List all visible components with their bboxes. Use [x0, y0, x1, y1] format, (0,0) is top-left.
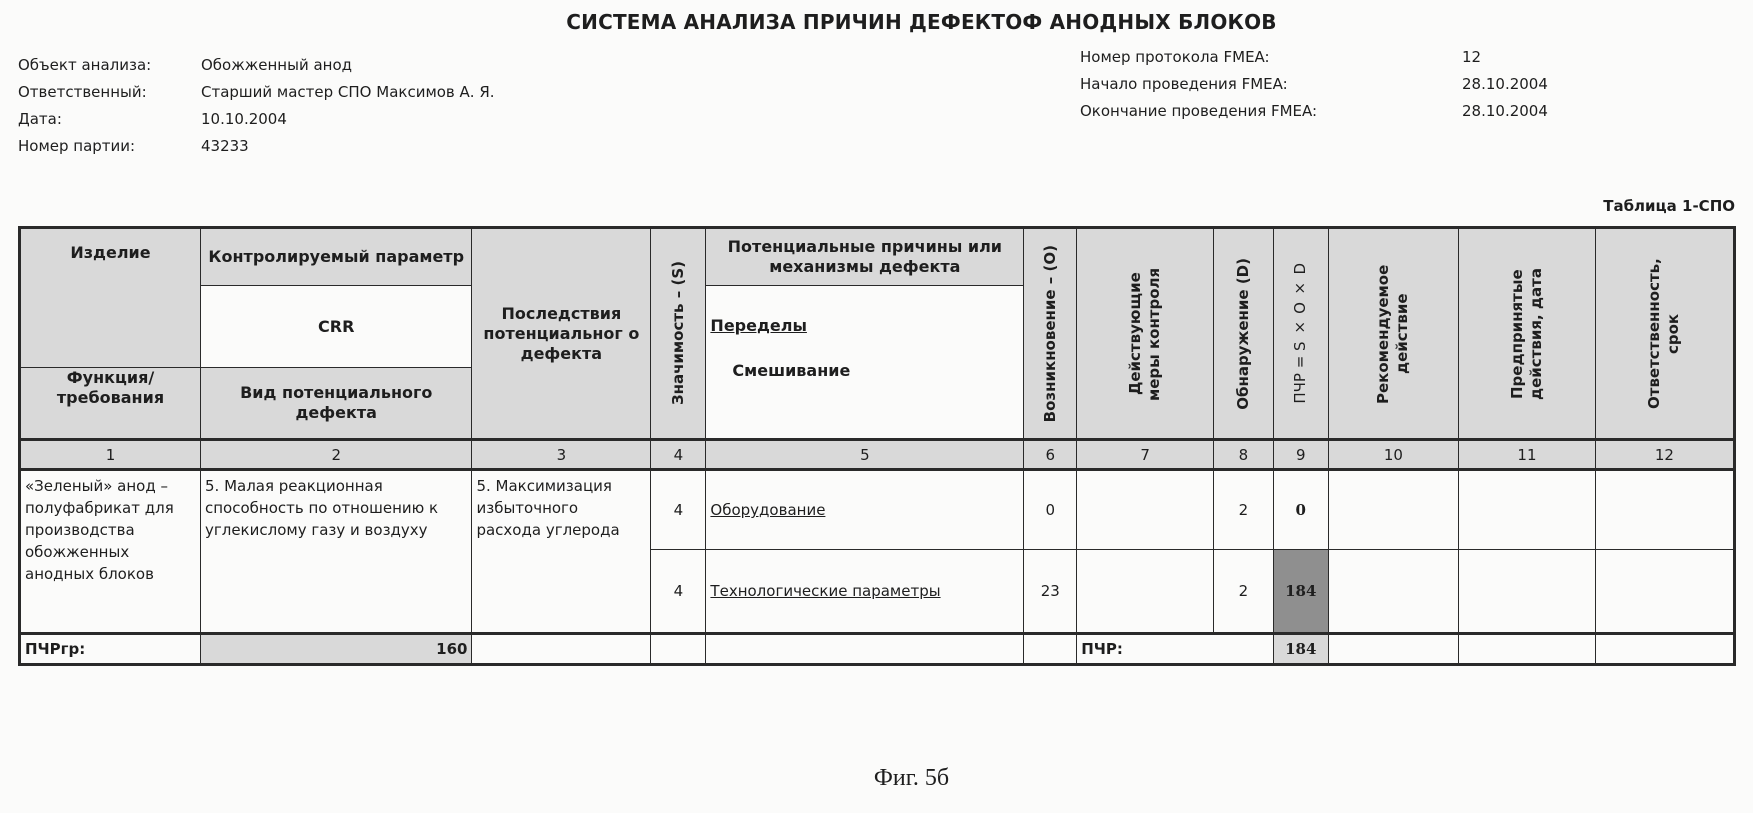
header-occurrence-text: Возникновение – (O): [1041, 245, 1060, 422]
fmea-table: Изделие Контролируемый параметр Последст…: [18, 226, 1736, 666]
meta-row-responsible: Ответственный: Старший мастер СПО Максим…: [18, 79, 495, 106]
meta-label: Ответственный:: [18, 79, 201, 106]
header-taken: Предпринятые действия, дата: [1459, 228, 1596, 440]
empty-cell: [651, 634, 706, 665]
header-causes: Потенциальные причины или механизмы дефе…: [706, 228, 1024, 286]
column-number: 1: [20, 440, 201, 470]
meta-value: 28.10.2004: [1462, 71, 1548, 98]
column-number: 3: [472, 440, 651, 470]
meta-label: Номер партии:: [18, 133, 201, 160]
rpn-cell: 0: [1273, 470, 1328, 550]
header-controls-text: Действующие меры контроля: [1126, 249, 1164, 419]
header-occurrence: Возникновение – (O): [1024, 228, 1077, 440]
header-product: Изделие: [20, 228, 201, 368]
header-responsible: Ответственность, срок: [1595, 228, 1734, 440]
column-number: 2: [200, 440, 471, 470]
stage-value: Смешивание: [710, 361, 1019, 380]
header-detection-text: Обнаружение (D): [1234, 258, 1253, 410]
empty-cell: [706, 634, 1024, 665]
header-consequences: Последствия потенциальног о дефекта: [472, 228, 651, 440]
column-number: 9: [1273, 440, 1328, 470]
cause-cell: Оборудование: [706, 470, 1024, 550]
stage-label: Переделы: [710, 316, 1019, 335]
document-title: СИСТЕМА АНАЛИЗА ПРИЧИН ДЕФЕКТОФ АНОДНЫХ …: [0, 10, 1753, 34]
cause-link[interactable]: Оборудование: [710, 501, 825, 519]
table-caption: Таблица 1-СПО: [1603, 197, 1735, 215]
recommended-cell: [1328, 470, 1458, 550]
column-number: 12: [1595, 440, 1734, 470]
consequence-cell: 5. Максимизация избыточного расхода угле…: [472, 470, 651, 634]
fmea-info: Номер протокола FMEA: 12 Начало проведен…: [1080, 44, 1548, 125]
defect-cell: 5. Малая реакционная способность по отно…: [200, 470, 471, 634]
rpn-total-value: 184: [1273, 634, 1328, 665]
header-detection: Обнаружение (D): [1214, 228, 1274, 440]
meta-row-date: Дата: 10.10.2004: [18, 106, 495, 133]
meta-row-batch: Номер партии: 43233: [18, 133, 495, 160]
meta-value: 10.10.2004: [201, 106, 287, 133]
occurrence-cell: 0: [1024, 470, 1077, 550]
meta-label: Дата:: [18, 106, 201, 133]
empty-cell: [1024, 634, 1077, 665]
group-rpn-label: ПЧРгр:: [20, 634, 201, 665]
occurrence-cell: 23: [1024, 550, 1077, 634]
header-recommended: Рекомендуемое действие: [1328, 228, 1458, 440]
product-cell: «Зеленый» анод – полуфабрикат для произв…: [20, 470, 201, 634]
column-number: 10: [1328, 440, 1458, 470]
severity-cell: 4: [651, 470, 706, 550]
rpn-total-label: ПЧР:: [1077, 634, 1273, 665]
responsible-cell: [1595, 470, 1734, 550]
controls-cell: [1077, 470, 1214, 550]
column-number-row: 1 2 3 4 5 6 7 8 9 10 11 12: [20, 440, 1735, 470]
cause-link[interactable]: Технологические параметры: [710, 582, 940, 600]
header-param-value: CRR: [200, 286, 471, 368]
controls-cell: [1077, 550, 1214, 634]
header-taken-text: Предпринятые действия, дата: [1508, 254, 1546, 414]
header-controls: Действующие меры контроля: [1077, 228, 1214, 440]
meta-row-start: Начало проведения FMEA: 28.10.2004: [1080, 71, 1548, 98]
meta-label: Окончание проведения FMEA:: [1080, 98, 1462, 125]
header-controlled-param: Контролируемый параметр: [200, 228, 471, 286]
figure-caption: Фиг. 5б: [0, 765, 1753, 792]
meta-value: 12: [1462, 44, 1481, 71]
severity-cell: 4: [651, 550, 706, 634]
header-severity: Значимость – (S): [651, 228, 706, 440]
header-recommended-text: Рекомендуемое действие: [1374, 254, 1412, 414]
empty-cell: [1328, 634, 1458, 665]
meta-label: Номер протокола FMEA:: [1080, 44, 1462, 71]
header-severity-text: Значимость – (S): [669, 261, 688, 405]
cause-cell: Технологические параметры: [706, 550, 1024, 634]
header-rpn-text: ПЧР = S × O × D: [1291, 263, 1310, 404]
header-responsible-text: Ответственность, срок: [1645, 244, 1683, 424]
meta-value: 43233: [201, 133, 249, 160]
meta-value: Старший мастер СПО Максимов А. Я.: [201, 79, 495, 106]
column-number: 5: [706, 440, 1024, 470]
analysis-info: Объект анализа: Обожженный анод Ответств…: [18, 52, 495, 160]
column-number: 7: [1077, 440, 1214, 470]
empty-cell: [472, 634, 651, 665]
totals-row: ПЧРгр: 160 ПЧР: 184: [20, 634, 1735, 665]
table-row: «Зеленый» анод – полуфабрикат для произв…: [20, 470, 1735, 550]
header-row: Изделие Контролируемый параметр Последст…: [20, 228, 1735, 286]
column-number: 4: [651, 440, 706, 470]
responsible-cell: [1595, 550, 1734, 634]
detection-cell: 2: [1214, 550, 1274, 634]
group-rpn-value: 160: [200, 634, 471, 665]
meta-row-protocol: Номер протокола FMEA: 12: [1080, 44, 1548, 71]
meta-label: Объект анализа:: [18, 52, 201, 79]
taken-cell: [1459, 470, 1596, 550]
meta-row-end: Окончание проведения FMEA: 28.10.2004: [1080, 98, 1548, 125]
column-number: 6: [1024, 440, 1077, 470]
detection-cell: 2: [1214, 470, 1274, 550]
header-function: Функция/ требования: [20, 368, 201, 440]
column-number: 11: [1459, 440, 1596, 470]
meta-value: 28.10.2004: [1462, 98, 1548, 125]
empty-cell: [1459, 634, 1596, 665]
header-stage-cell: Переделы Смешивание: [706, 286, 1024, 440]
column-number: 8: [1214, 440, 1274, 470]
header-rpn: ПЧР = S × O × D: [1273, 228, 1328, 440]
taken-cell: [1459, 550, 1596, 634]
empty-cell: [1595, 634, 1734, 665]
header-defect-type: Вид потенциального дефекта: [200, 368, 471, 440]
recommended-cell: [1328, 550, 1458, 634]
meta-row-object: Объект анализа: Обожженный анод: [18, 52, 495, 79]
meta-value: Обожженный анод: [201, 52, 352, 79]
meta-label: Начало проведения FMEA:: [1080, 71, 1462, 98]
rpn-cell-highlighted: 184: [1273, 550, 1328, 634]
